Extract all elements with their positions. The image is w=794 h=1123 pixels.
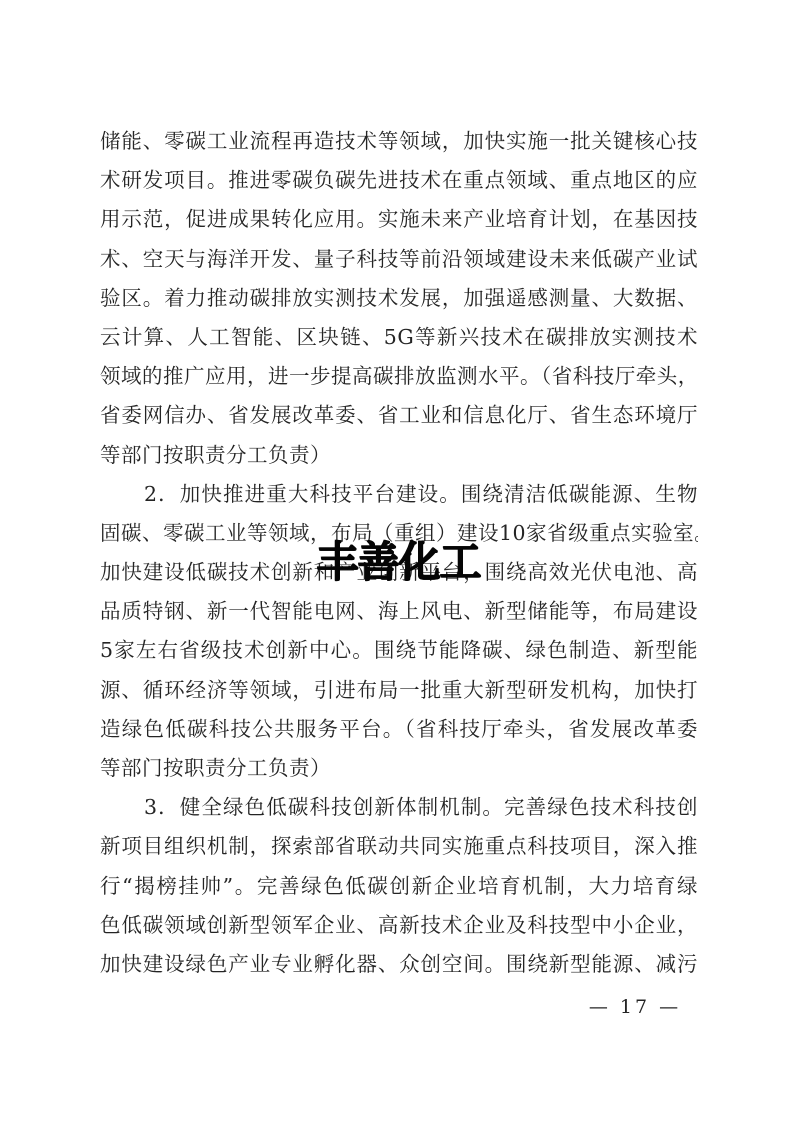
body-line: 术研发项目。推进零碳负碳先进技术在重点领域、重点地区的应 [100,161,698,200]
body-line-paragraph-end: 等部门按职责分工负责） [100,436,698,475]
body-line: 术、空天与海洋开发、量子科技等前沿领域建设未来低碳产业试 [100,240,698,279]
body-line: 造绿色低碳科技公共服务平台。（省科技厅牵头，省发展改革委 [100,710,698,749]
document-page: 储能、零碳工业流程再造技术等领域，加快实施一批关键核心技 术研发项目。推进零碳负… [0,0,794,1123]
body-line: 省委网信办、省发展改革委、省工业和信息化厅、省生态环境厅 [100,396,698,435]
body-line: 用示范，促进成果转化应用。实施未来产业培育计划，在基因技 [100,200,698,239]
body-line: 品质特钢、新一代智能电网、海上风电、新型储能等，布局建设 [100,592,698,631]
body-line: 新项目组织机制，探索部省联动共同实施重点科技项目，深入推 [100,827,698,866]
body-line: 验区。着力推动碳排放实测技术发展，加强遥感测量、大数据、 [100,279,698,318]
body-line: 云计算、人工智能、区块链、5G等新兴技术在碳排放实测技术 [100,318,698,357]
body-line: 加快建设绿色产业专业孵化器、众创空间。围绕新型能源、减污 [100,945,698,984]
body-line: 5家左右省级技术创新中心。围绕节能降碳、绿色制造、新型能 [100,631,698,670]
body-line: 行“揭榜挂帅”。完善绿色低碳创新企业培育机制，大力培育绿 [100,867,698,906]
body-line-paragraph-end: 等部门按职责分工负责） [100,749,698,788]
body-line-paragraph-start: 3．健全绿色低碳科技创新体制机制。完善绿色技术科技创 [100,788,698,827]
page-number: — 17 — [560,996,710,1018]
body-line: 领域的推广应用，进一步提高碳排放监测水平。（省科技厅牵头， [100,357,698,396]
body-line: 储能、零碳工业流程再造技术等领域，加快实施一批关键核心技 [100,122,698,161]
body-line: 色低碳领域创新型领军企业、高新技术企业及科技型中小企业， [100,906,698,945]
watermark-overlay: 丰善化工 [316,541,480,583]
body-line: 源、循环经济等领域，引进布局一批重大新型研发机构，加快打 [100,671,698,710]
body-line-paragraph-start: 2．加快推进重大科技平台建设。围绕清洁低碳能源、生物 [100,475,698,514]
